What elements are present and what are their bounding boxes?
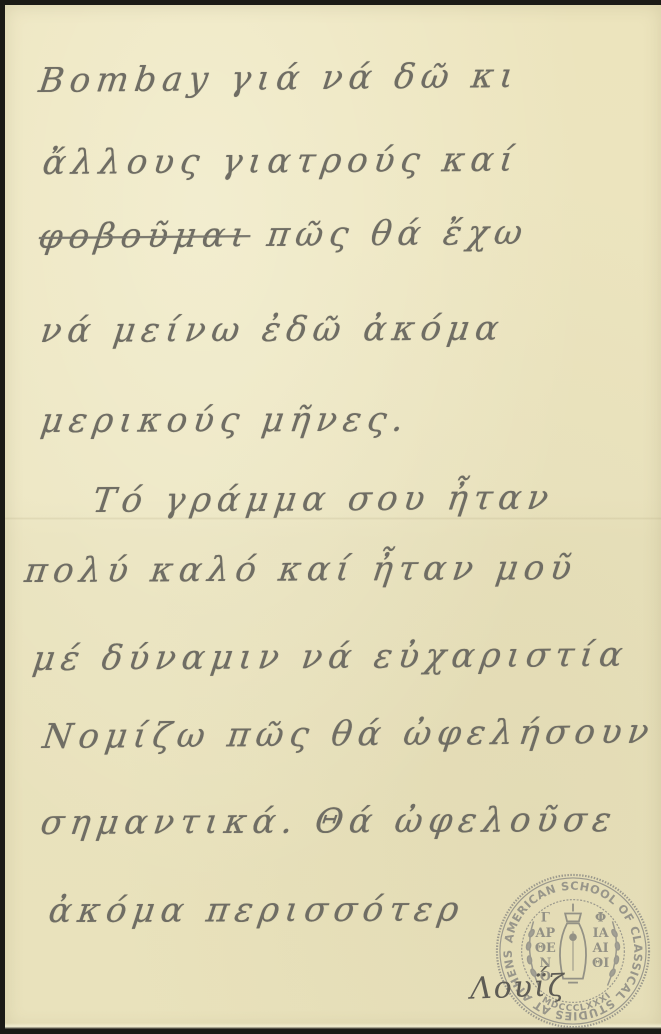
signature: Λουΐζ bbox=[469, 968, 566, 1006]
letter-line-3: φοβοῦμαι πῶς θά ἔχω bbox=[36, 213, 530, 257]
scan-frame: Bombay γιά νά δῶ κι ἄλλους γιατρούς καί … bbox=[0, 0, 661, 1034]
archive-seal-stamp: AMERICAN SCHOOL OF CLASSICAL STUDIES AT … bbox=[494, 872, 652, 1030]
letter-line-6: Τό γράμμα σου ἦταν bbox=[90, 478, 556, 521]
seal-letter: ΘΕ bbox=[535, 941, 556, 956]
letter-line-3-rest: πῶς θά ἔχω bbox=[248, 213, 531, 255]
letter-line-1: Bombay γιά νά δῶ κι bbox=[36, 56, 521, 101]
seal-letter: ΙΑ bbox=[593, 926, 610, 941]
seal-letter: ΑΙ bbox=[592, 941, 609, 956]
seal-letter: Φ bbox=[595, 910, 606, 925]
seal-letter: ΑΡ bbox=[535, 926, 556, 941]
seal-graphic: AMERICAN SCHOOL OF CLASSICAL STUDIES AT … bbox=[494, 872, 652, 1030]
letter-line-7: πολύ καλό καί ἦταν μοῦ bbox=[22, 548, 580, 591]
letter-line-9: Νομίζω πῶς θά ὠφελήσουν bbox=[40, 712, 657, 757]
letter-line-8: μέ δύναμιν νά εὐχαριστία bbox=[30, 635, 631, 679]
letter-line-2: ἄλλους γιατρούς καί bbox=[40, 140, 521, 183]
letter-line-4: νά μείνω ἐδῶ ἀκόμα bbox=[38, 309, 507, 351]
seal-letter: ΘΙ bbox=[592, 956, 609, 971]
seal-letter: Γ bbox=[541, 910, 550, 925]
letter-line-10: σημαντικά. Θά ὠφελοῦσε bbox=[38, 800, 619, 843]
letter-line-5: μερικούς μῆνες. bbox=[38, 400, 412, 441]
struck-word: φοβοῦμαι bbox=[36, 215, 253, 257]
letter-line-11: ἀκόμα περισσότερ bbox=[46, 890, 467, 931]
